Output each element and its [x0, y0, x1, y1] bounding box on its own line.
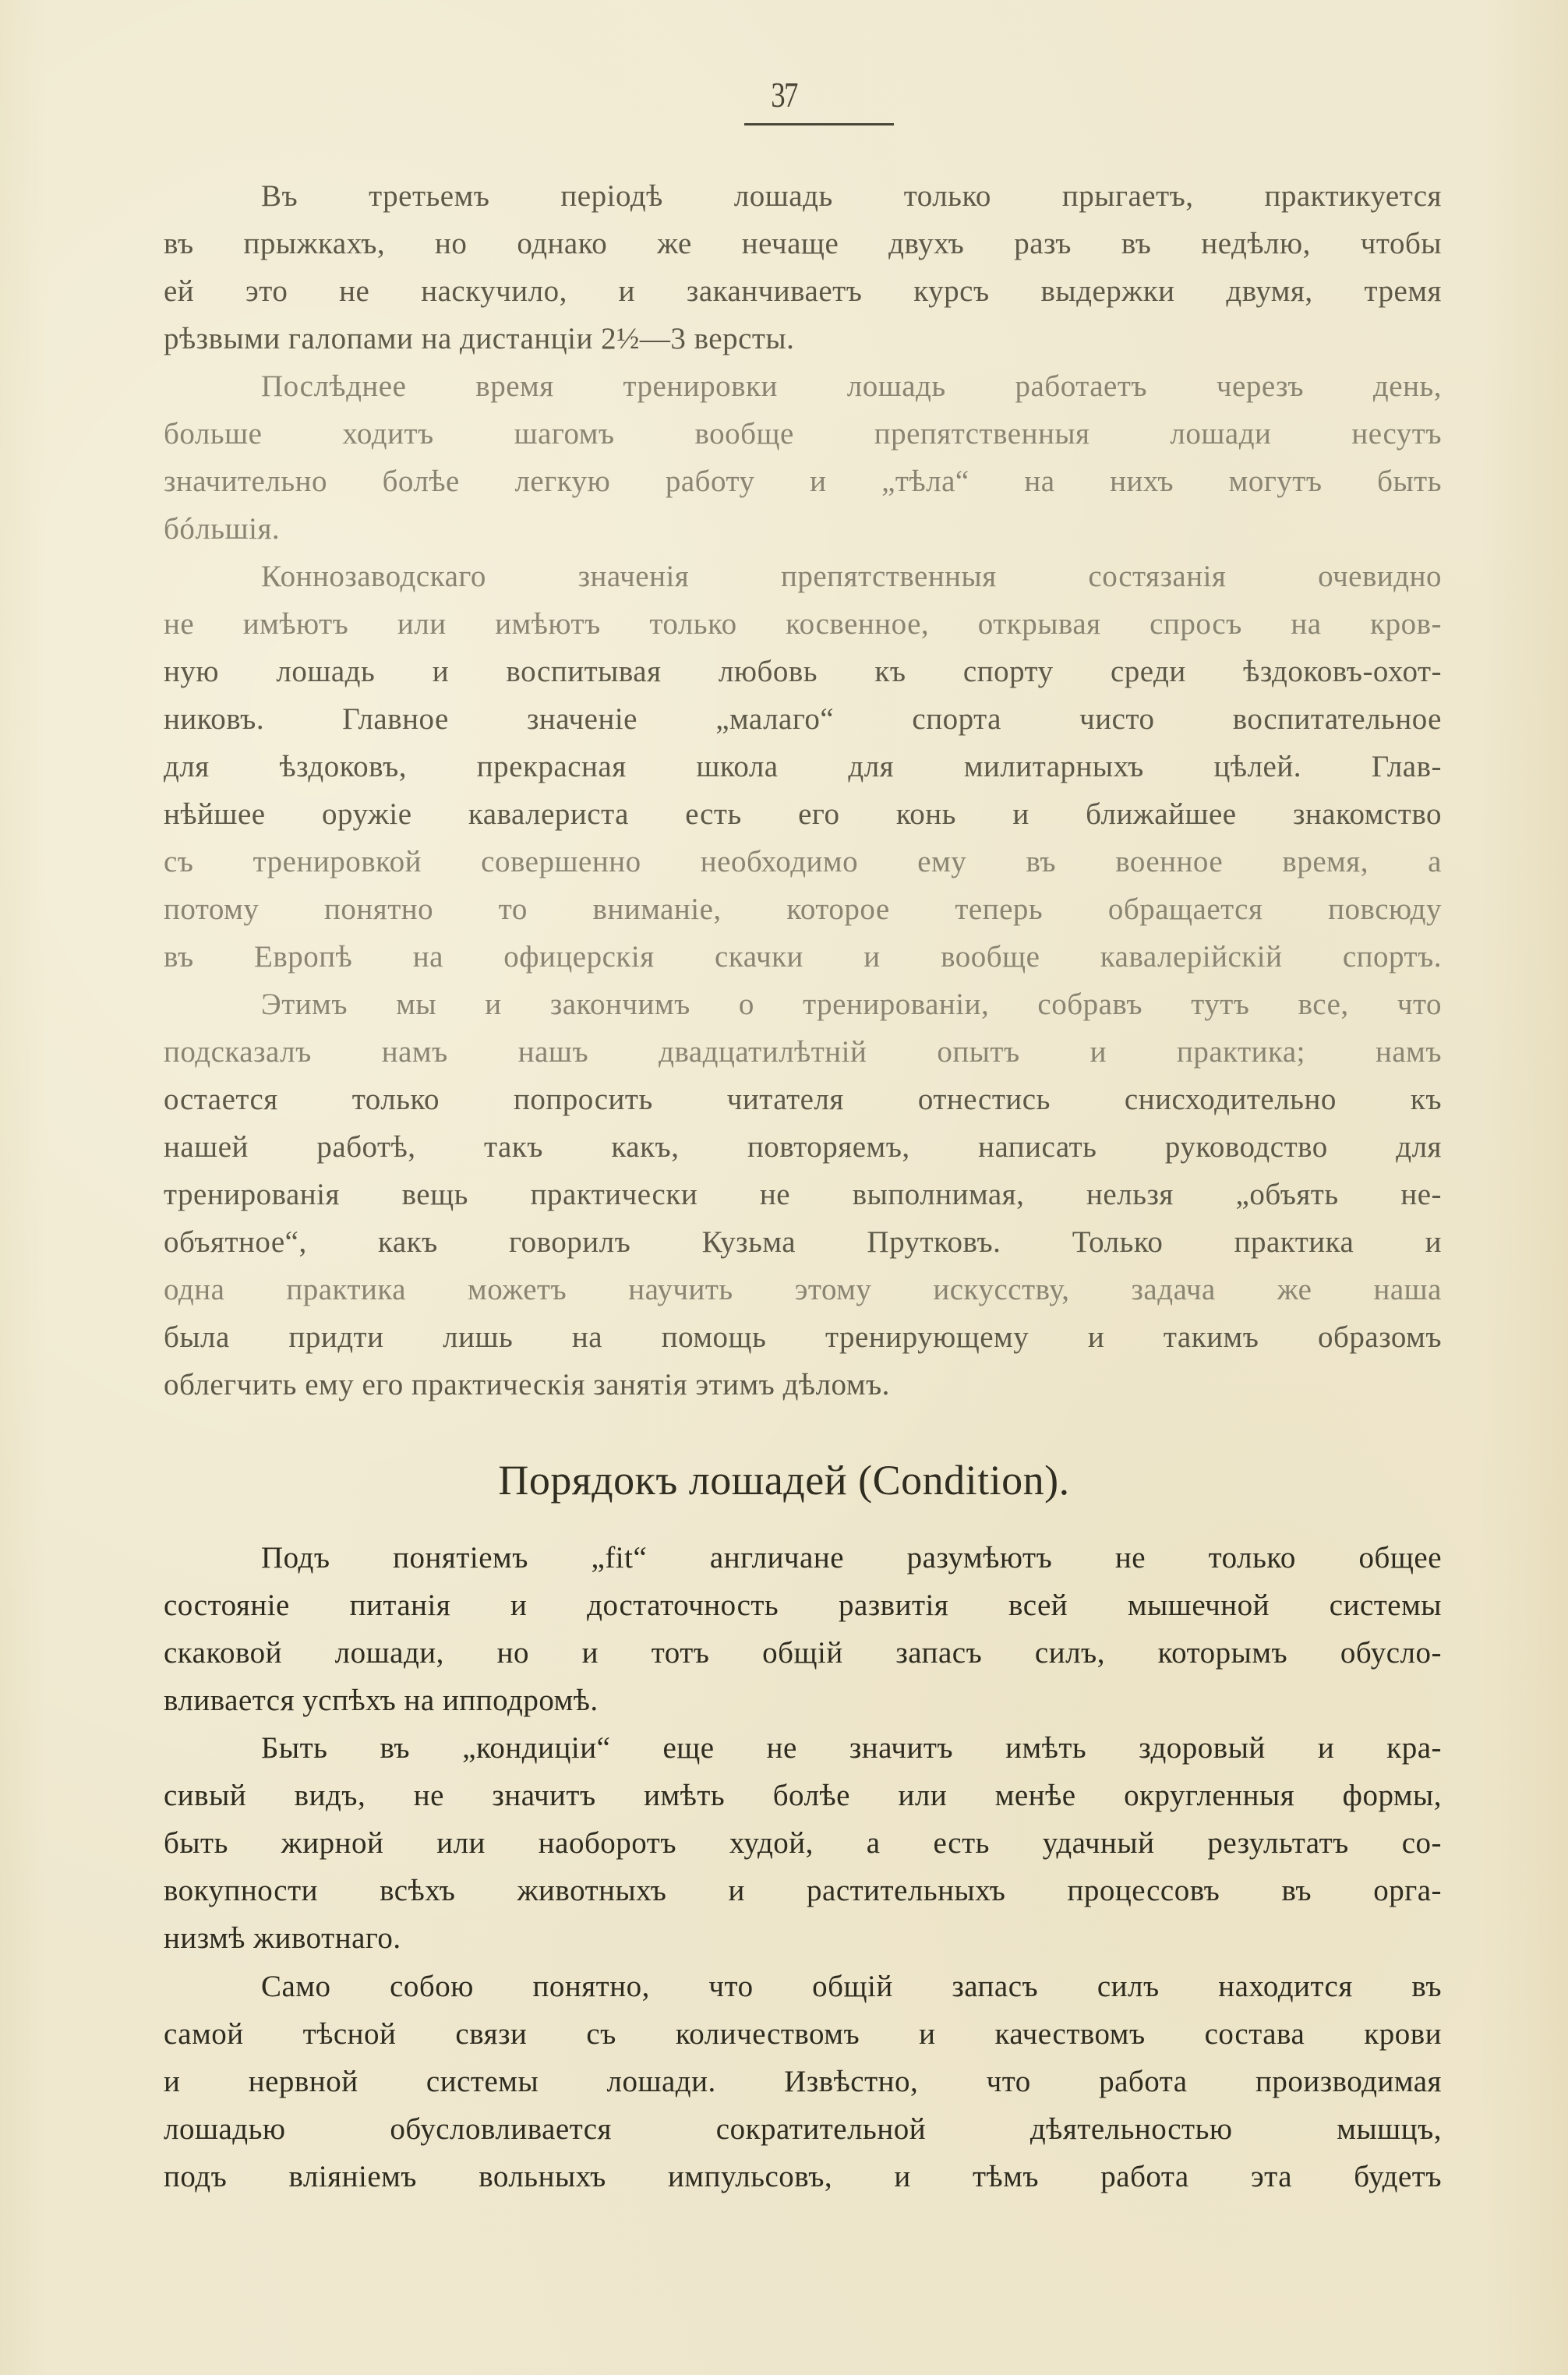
text-line: скаковой лошади, но и тотъ общій запасъ …	[164, 1635, 1442, 1672]
page-number-rule	[744, 123, 894, 125]
book-page: 37 Въ третьемъ періодѣ лошадь только пры…	[0, 0, 1568, 2375]
text-line: не имѣютъ или имѣютъ только косвенное, о…	[164, 606, 1442, 643]
page-number: 37	[157, 74, 1411, 115]
text-line: Быть въ „кондиціи“ еще не значитъ имѣть …	[164, 1730, 1442, 1767]
text-line: вокупности всѣхъ животныхъ и растительны…	[164, 1872, 1442, 1910]
text-line: съ тренировкой совершенно необходимо ему…	[164, 843, 1442, 881]
text-line: въ Европѣ на офицерскія скачки и вообще …	[164, 938, 1442, 976]
text-line: вливается успѣхъ на ипподромѣ.	[164, 1682, 1442, 1719]
text-line: сивый видъ, не значитъ имѣть болѣе или м…	[164, 1777, 1442, 1815]
text-line: нашей работѣ, такъ какъ, повторяемъ, нап…	[164, 1129, 1442, 1166]
text-line: Само собою понятно, что общій запасъ сил…	[164, 1968, 1442, 2006]
text-line: остается только попросить читателя отнес…	[164, 1081, 1442, 1119]
text-line: была придти лишь на помощь тренирующему …	[164, 1319, 1442, 1356]
text-line: облегчить ему его практическія занятія э…	[164, 1366, 1442, 1404]
text-line: тренированія вещь практически не выполни…	[164, 1176, 1442, 1214]
section-heading-condition: Порядокъ лошадей (Condition).	[0, 1456, 1568, 1504]
text-line: подсказалъ намъ нашъ двадцатилѣтній опыт…	[164, 1034, 1442, 1071]
text-line: бóльшія.	[164, 511, 1442, 548]
text-line: Этимъ мы и закончимъ о тренированіи, соб…	[164, 986, 1442, 1023]
text-line: Подъ понятіемъ „fit“ англичане разумѣютъ…	[164, 1539, 1442, 1577]
text-line: самой тѣсной связи съ количествомъ и кач…	[164, 2016, 1442, 2053]
text-line: состояніе питанія и достаточность развит…	[164, 1587, 1442, 1624]
text-line: подъ вліяніемъ вольныхъ импульсовъ, и тѣ…	[164, 2158, 1442, 2196]
text-line: ную лошадь и воспитывая любовь къ спорту…	[164, 653, 1442, 691]
text-line: лошадью обусловливается сократительной д…	[164, 2111, 1442, 2148]
text-line: значительно болѣе легкую работу и „тѣла“…	[164, 463, 1442, 500]
text-line: одна практика можетъ научить этому искус…	[164, 1271, 1442, 1309]
text-line: потому понятно то вниманіе, которое тепе…	[164, 891, 1442, 928]
text-line: Послѣднее время тренировки лошадь работа…	[164, 368, 1442, 405]
text-line: и нервной системы лошади. Извѣстно, что …	[164, 2063, 1442, 2101]
text-line: объятное“, какъ говорилъ Кузьма Прутковъ…	[164, 1224, 1442, 1261]
text-line: ей это не наскучило, и заканчиваетъ курс…	[164, 273, 1442, 310]
text-line: быть жирной или наоборотъ худой, а есть …	[164, 1825, 1442, 1862]
text-line: Въ третьемъ періодѣ лошадь только прыгае…	[164, 178, 1442, 215]
text-line: въ прыжкахъ, но однако же нечаще двухъ р…	[164, 225, 1442, 263]
text-line: нѣйшее оружіе кавалериста есть его конь …	[164, 796, 1442, 833]
text-line: для ѣздоковъ, прекрасная школа для милит…	[164, 748, 1442, 786]
text-line: низмѣ животнаго.	[164, 1920, 1442, 1957]
text-line: больше ходитъ шагомъ вообще препятственн…	[164, 415, 1442, 453]
text-line: рѣзвыми галопами на дистанціи 2½—3 верст…	[164, 320, 1442, 358]
text-line: Коннозаводскаго значенія препятственныя …	[164, 558, 1442, 596]
text-line: никовъ. Главное значеніе „малаго“ спорта…	[164, 701, 1442, 738]
